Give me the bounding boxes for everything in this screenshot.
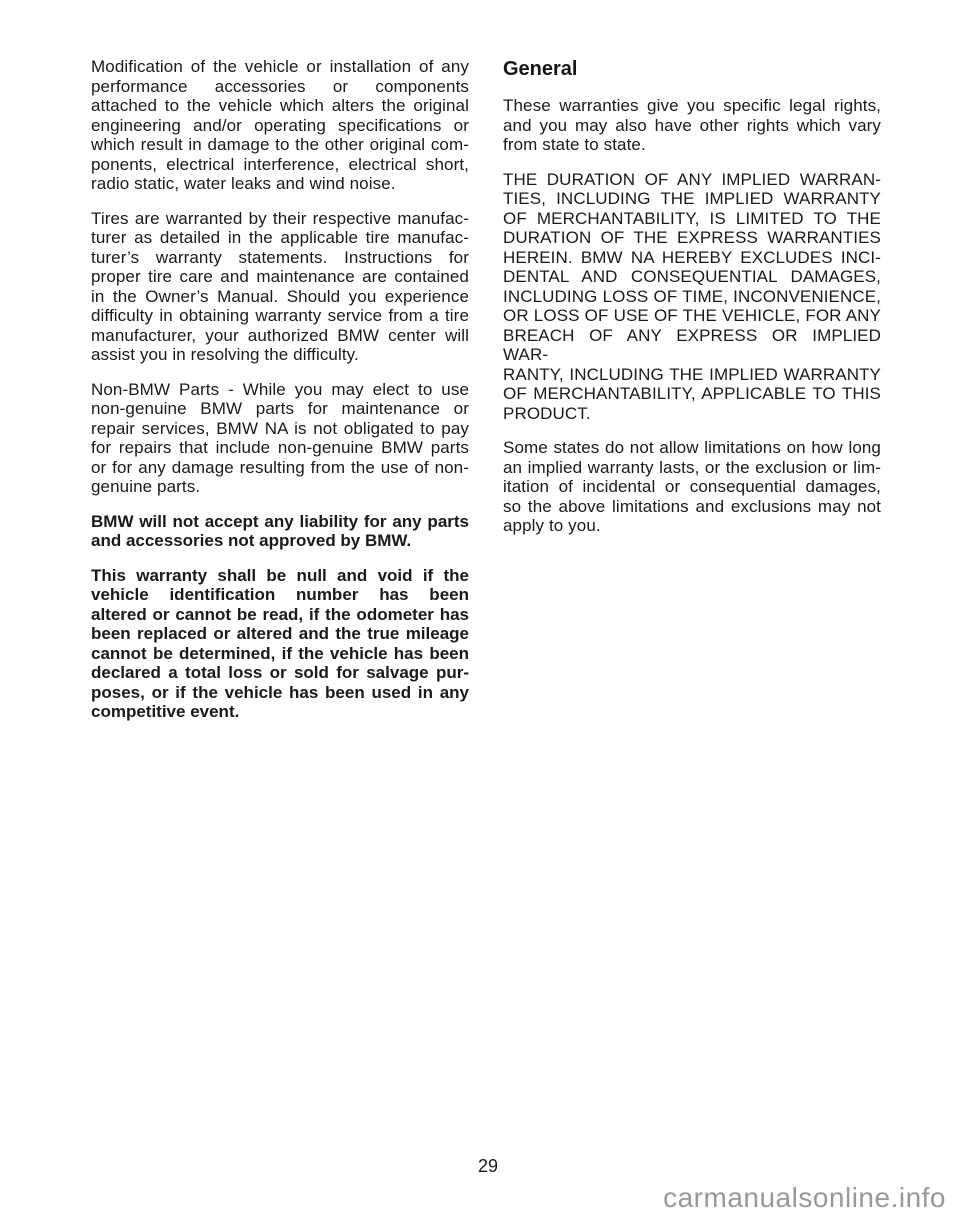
text-line: apply to you. [503,516,881,536]
text-line: ponents, electrical interference, electr… [91,155,469,175]
text-line: poses, or if the vehicle has been used i… [91,683,469,703]
text-line: attached to the vehicle which alters the… [91,96,469,116]
text-line: OR LOSS OF USE OF THE VEHICLE, FOR ANY [503,306,881,326]
section-heading-general: General [503,57,881,81]
text-line: Tires are warranted by their respective … [91,209,469,229]
text-line: THE DURATION OF ANY IMPLIED WARRAN- [503,170,881,190]
text-line: and you may also have other rights which… [503,116,881,136]
text-line: for repairs that include non-genuine BMW… [91,438,469,458]
text-line: performance accessories or components [91,77,469,97]
text-line: which result in damage to the other orig… [91,135,469,155]
text-line: been replaced or altered and the true mi… [91,624,469,644]
text-line: difficulty in obtaining warranty service… [91,306,469,326]
left-column: Modification of the vehicle or installat… [91,57,469,737]
text-line: Some states do not allow limitations on … [503,438,881,458]
text-line: TIES, INCLUDING THE IMPLIED WARRANTY [503,189,881,209]
text-line: itation of incidental or consequential d… [503,477,881,497]
text-line: This warranty shall be null and void if … [91,566,469,586]
text-line: non-genuine BMW parts for maintenance or [91,399,469,419]
paragraph-liability-notice: BMW will not accept any liability for an… [91,512,469,551]
text-line: competitive event. [91,702,469,722]
text-line: an implied warranty lasts, or the exclus… [503,458,881,478]
page-number: 29 [0,1156,960,1176]
paragraph-tires: Tires are warranted by their respective … [91,209,469,365]
manual-page: Modification of the vehicle or installat… [0,0,960,1218]
text-line: vehicle identification number has been [91,585,469,605]
text-line: BREACH OF ANY EXPRESS OR IMPLIED WAR- [503,326,881,365]
text-line: DENTAL AND CONSEQUENTIAL DAMAGES, [503,267,881,287]
text-line: OF MERCHANTABILITY, APPLICABLE TO THIS [503,384,881,404]
text-line: RANTY, INCLUDING THE IMPLIED WARRANTY [503,365,881,385]
text-line: engineering and/or operating specificati… [91,116,469,136]
text-line: altered or cannot be read, if the odomet… [91,605,469,625]
text-line: in the Owner’s Manual. Should you experi… [91,287,469,307]
text-line: PRODUCT. [503,404,881,424]
text-line: turer’s warranty statements. Instruction… [91,248,469,268]
text-line: genuine parts. [91,477,469,497]
paragraph-state-limitations: Some states do not allow limitations on … [503,438,881,536]
text-line: proper tire care and maintenance are con… [91,267,469,287]
text-line: Modification of the vehicle or installat… [91,57,469,77]
text-line: or for any damage resulting from the use… [91,458,469,478]
text-line: from state to state. [503,135,881,155]
paragraph-non-bmw-parts: Non-BMW Parts - While you may elect to u… [91,380,469,497]
text-line: turer as detailed in the applicable tire… [91,228,469,248]
text-line: BMW will not accept any liability for an… [91,512,469,532]
text-line: repair services, BMW NA is not obligated… [91,419,469,439]
paragraph-modification: Modification of the vehicle or installat… [91,57,469,194]
text-line: declared a total loss or sold for salvag… [91,663,469,683]
text-line: so the above limitations and exclusions … [503,497,881,517]
text-line: These warranties give you specific legal… [503,96,881,116]
text-line: HEREIN. BMW NA HEREBY EXCLUDES INCI- [503,248,881,268]
paragraph-legal-rights: These warranties give you specific legal… [503,96,881,155]
text-line: manufacturer, your authorized BMW center… [91,326,469,346]
text-line: DURATION OF THE EXPRESS WARRANTIES [503,228,881,248]
paragraph-implied-warranties: THE DURATION OF ANY IMPLIED WARRAN-TIES,… [503,170,881,424]
text-line: Non-BMW Parts - While you may elect to u… [91,380,469,400]
right-column: General These warranties give you specif… [503,57,881,551]
text-line: and accessories not approved by BMW. [91,531,469,551]
text-line: assist you in resolving the difficulty. [91,345,469,365]
watermark: carmanualsonline.info [663,1182,946,1214]
text-line: radio static, water leaks and wind noise… [91,174,469,194]
paragraph-warranty-void: This warranty shall be null and void if … [91,566,469,722]
text-line: INCLUDING LOSS OF TIME, INCONVENIENCE, [503,287,881,307]
text-line: cannot be determined, if the vehicle has… [91,644,469,664]
text-line: OF MERCHANTABILITY, IS LIMITED TO THE [503,209,881,229]
